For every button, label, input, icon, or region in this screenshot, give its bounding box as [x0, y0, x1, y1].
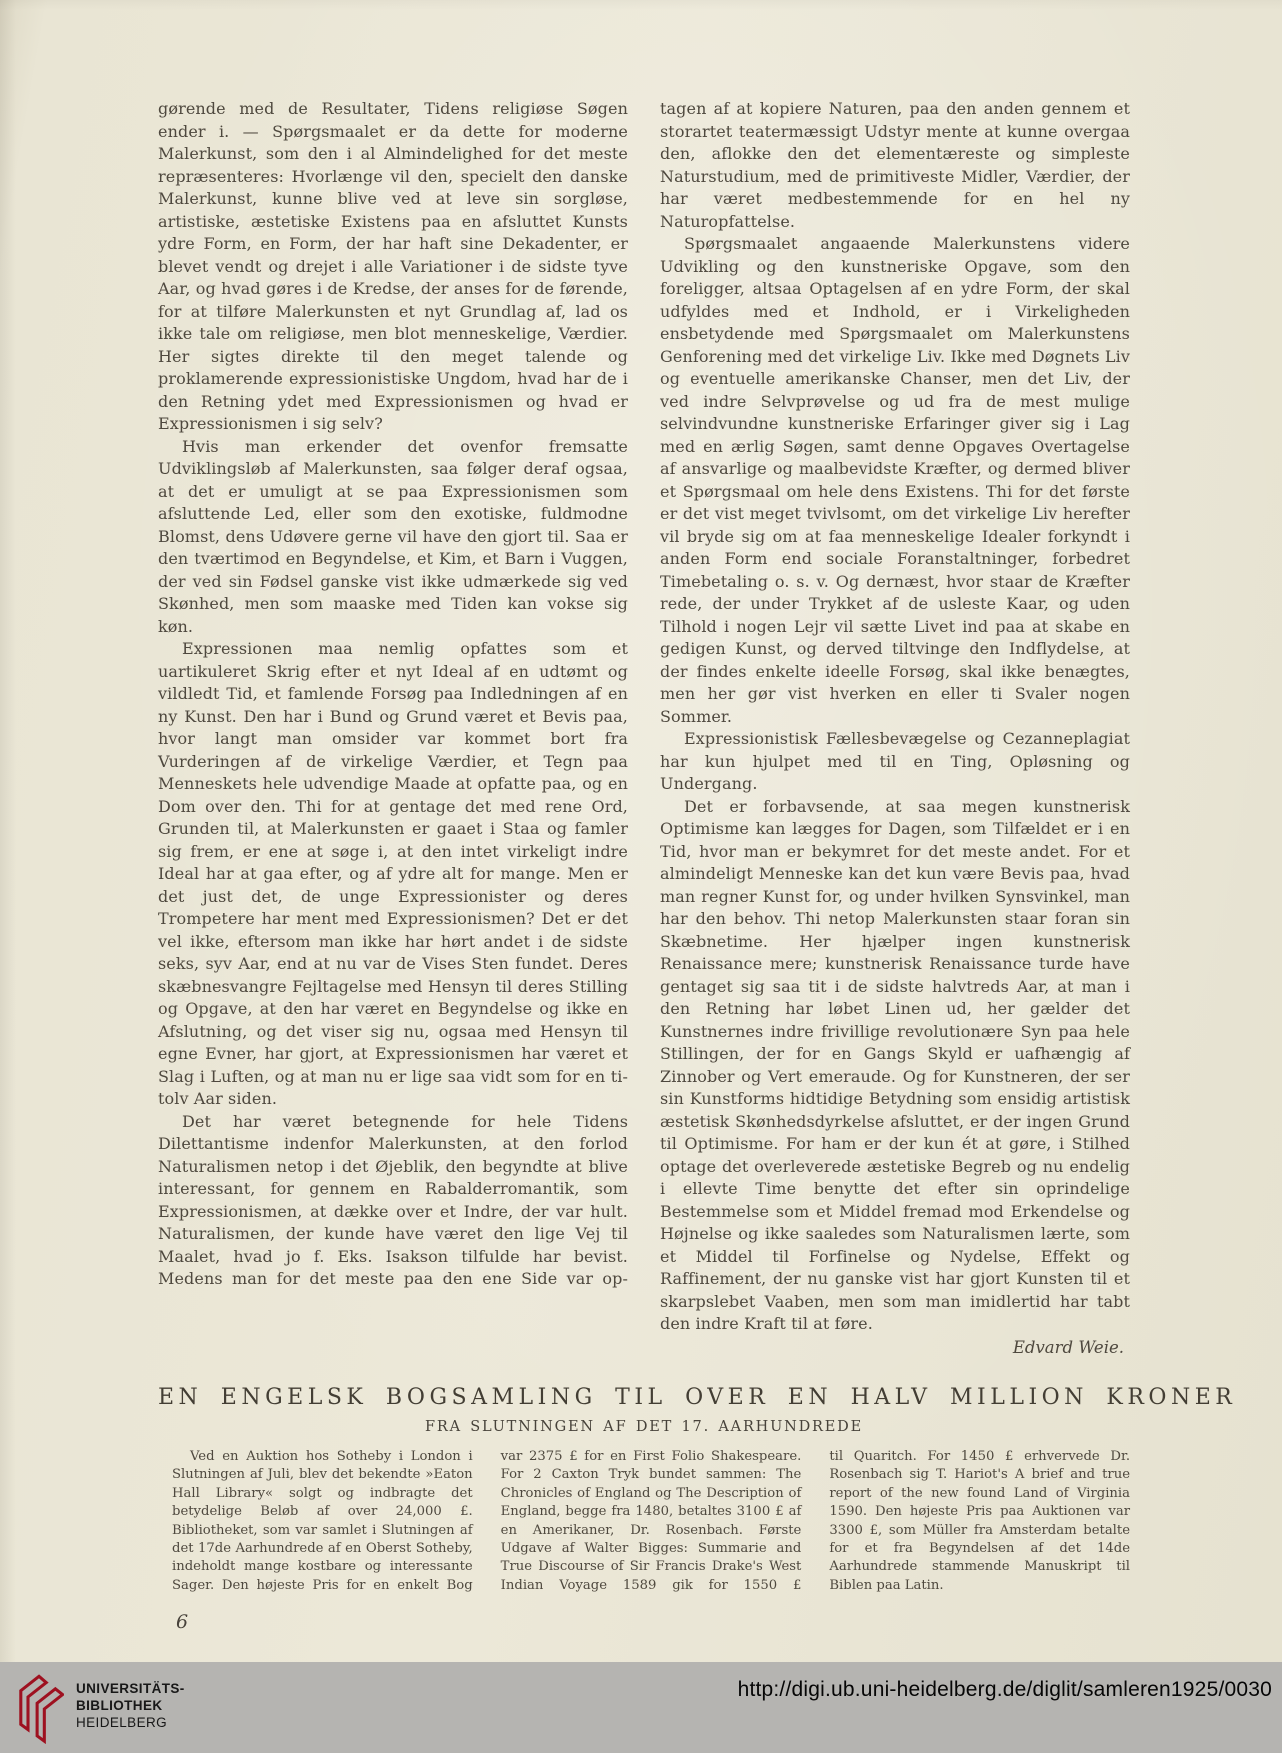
- paragraph: Ved en Auktion hos Sotheby i London i Sl…: [172, 1448, 473, 1595]
- heidelberg-library-logo-icon: [16, 1672, 64, 1748]
- news-article-columns: Ved en Auktion hos Sotheby i London i Sl…: [158, 1448, 1130, 1595]
- paragraph: Expressionen maa nemlig opfattes som et …: [158, 638, 628, 1111]
- library-name-line1: UNIVERSITÄTS-: [76, 1680, 185, 1697]
- author-signature: Edvard Weie.: [660, 1337, 1130, 1360]
- main-article: gørende med de Resultater, Tidens religi…: [158, 98, 1130, 1359]
- main-article-right-column: tagen af at kopiere Naturen, paa den and…: [660, 98, 1130, 1359]
- paragraph: Spørgsmaalet angaaende Malerkunstens vid…: [660, 233, 1130, 728]
- paragraph: Hvis man erkender det ovenfor fremsatte …: [158, 436, 628, 639]
- paragraph: til Quaritch. For 1450 £ erhvervede Dr. …: [829, 1448, 1130, 1595]
- library-name-line3: HEIDELBERG: [76, 1714, 185, 1731]
- library-name-line2: BIBLIOTHEK: [76, 1697, 185, 1714]
- news-column-1: Ved en Auktion hos Sotheby i London i Sl…: [172, 1448, 473, 1595]
- paragraph: Expressionistisk Fællesbevægelse og Ceza…: [660, 728, 1130, 796]
- news-column-2: var 2375 £ for en First Folio Shakespear…: [501, 1448, 802, 1595]
- scanned-page: gørende med de Resultater, Tidens religi…: [158, 98, 1130, 1633]
- paragraph: gørende med de Resultater, Tidens religi…: [158, 98, 628, 436]
- paragraph: Det har været betegnende for hele Tidens…: [158, 1111, 628, 1291]
- main-article-left-column: gørende med de Resultater, Tidens religi…: [158, 98, 628, 1359]
- digitization-url-link[interactable]: http://digi.ub.uni-heidelberg.de/diglit/…: [738, 1678, 1272, 1702]
- article-subtitle: FRA SLUTNINGEN AF DET 17. AARHUNDREDE: [158, 1419, 1130, 1435]
- paragraph: tagen af at kopiere Naturen, paa den and…: [660, 98, 1130, 233]
- library-name: UNIVERSITÄTS- BIBLIOTHEK HEIDELBERG: [76, 1680, 185, 1731]
- page-number: 6: [176, 1611, 1130, 1633]
- paragraph: Det er forbavsende, at saa megen kunstne…: [660, 796, 1130, 1336]
- news-column-3: til Quaritch. For 1450 £ erhvervede Dr. …: [829, 1448, 1130, 1595]
- article-title: EN ENGELSK BOGSAMLING TIL OVER EN HALV M…: [158, 1385, 1130, 1410]
- footer-bar: UNIVERSITÄTS- BIBLIOTHEK HEIDELBERG http…: [0, 1662, 1282, 1753]
- paragraph: var 2375 £ for en First Folio Shakespear…: [501, 1448, 802, 1595]
